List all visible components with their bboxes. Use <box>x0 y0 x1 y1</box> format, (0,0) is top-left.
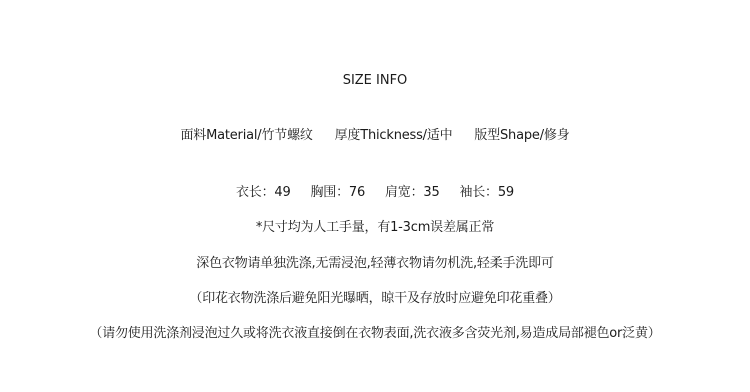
sleeve-measurement: 袖长：59 <box>459 185 514 200</box>
spec-row: 面料Material/竹节螺纹 厚度Thickness/适中 版型Shape/修… <box>0 127 750 145</box>
size-measurements-row: 衣长：49 胸围：76 肩宽：35 袖长：59 <box>0 184 750 202</box>
chest-measurement: 胸围：76 <box>310 185 365 200</box>
material-spec: 面料Material/竹节螺纹 <box>180 128 312 143</box>
shape-spec: 版型Shape/修身 <box>474 128 569 143</box>
washing-instructions-note: 深色衣物请单独洗涤,无需浸泡,轻薄衣物请勿机洗,轻柔手洗即可 <box>0 255 750 273</box>
print-care-note: （印花衣物洗涤后避免阳光曝晒，晾干及存放时应避免印花重叠） <box>0 290 750 308</box>
thickness-spec: 厚度Thickness/适中 <box>335 128 453 143</box>
size-info-title: SIZE INFO <box>0 72 750 90</box>
shoulder-measurement: 肩宽：35 <box>385 185 440 200</box>
detergent-warning-note: （请勿使用洗涤剂浸泡过久或将洗衣液直接倒在衣物表面,洗衣液多含荧光剂,易造成局部… <box>0 325 750 343</box>
length-measurement: 衣长：49 <box>236 185 291 200</box>
measurement-tolerance-note: *尺寸均为人工手量，有1-3cm误差属正常 <box>0 219 750 237</box>
